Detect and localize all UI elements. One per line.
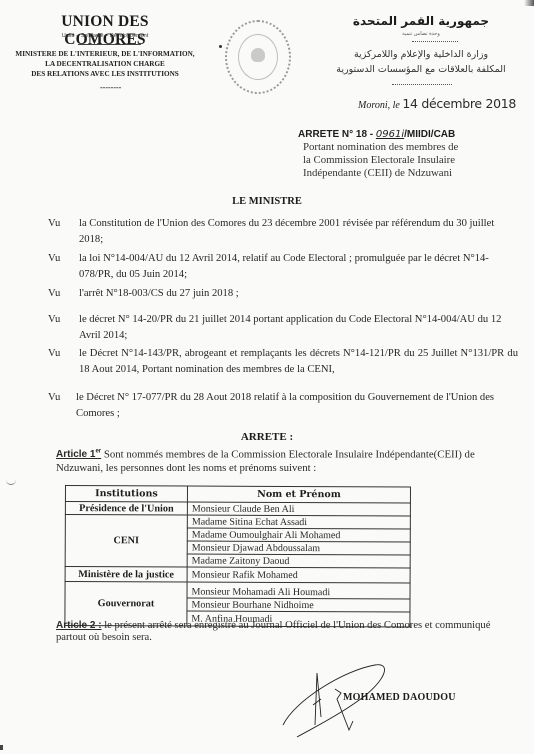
vu-label: Vu xyxy=(48,390,76,421)
ministry-line-arabic: وزارة الداخلية والإعلام واللامركزية xyxy=(326,47,516,62)
place-label: Moroni, le xyxy=(358,100,400,111)
consideration-text: le Décret N°14-143/PR, abrogeant et remp… xyxy=(79,346,518,377)
consideration-item: Vu l'arrêt N°18-003/CS du 27 juin 2018 ; xyxy=(48,286,518,302)
consideration-text: le décret N° 14-20/PR du 21 juillet 2014… xyxy=(79,312,518,343)
member-name-cell: Monsieur Claude Ben Ali xyxy=(187,502,410,516)
country-motto-arabic: وحدة تضامن تنمية xyxy=(326,31,516,37)
decree-page: UNION DES COMORES Unité – Solidarité – D… xyxy=(0,0,534,754)
article-1-text: Sont nommés membres de la Commission Ele… xyxy=(56,448,475,474)
scan-shadow xyxy=(524,0,534,6)
ministry-line: LA DECENTRALISATION CHARGE xyxy=(10,59,200,69)
member-name-cell: Madame Sitina Echat Assadi xyxy=(187,515,410,529)
vu-label: Vu xyxy=(48,312,79,343)
member-name-cell: Monsieur Mohamadi Ali Houmadi xyxy=(187,582,410,599)
le-ministre-heading: LE MINISTRE xyxy=(0,196,534,207)
header-divider-arabic-2 xyxy=(392,84,452,85)
country-name-arabic: جمهورية القمر المتحدة xyxy=(326,14,516,28)
table-row: Gouvernorat Monsieur Mohamadi Ali Houmad… xyxy=(65,582,410,600)
table-header-row: Institutions Nom et Prénom xyxy=(65,486,410,504)
institution-cell: CENI xyxy=(65,515,187,568)
table-row: CENI Madame Sitina Echat Assadi xyxy=(65,515,410,530)
handwritten-date: 14 décembre 2018 xyxy=(402,96,516,111)
place-date: Moroni, le 14 décembre 2018 xyxy=(358,96,516,111)
member-name-cell: Monsieur Rafik Mohamed xyxy=(187,567,410,583)
consideration-item: Vu la Constitution de l'Union des Comore… xyxy=(48,216,518,247)
article-2: Article 2 : le présent arrêté sera enreg… xyxy=(56,620,496,643)
object-line: Indépendante (CEII) de Ndzuwani xyxy=(303,167,458,180)
institution-cell: Ministère de la justice xyxy=(65,567,187,583)
decree-number: ARRETE N° 18 - 0961i/MIIDI/CAB xyxy=(298,129,455,140)
decree-number-suffix: /MIIDI/CAB xyxy=(404,129,455,140)
object-line: Portant nomination des membres de xyxy=(303,141,458,154)
consideration-text: l'arrêt N°18-003/CS du 27 juin 2018 ; xyxy=(79,286,518,302)
vu-label: Vu xyxy=(48,346,79,377)
seal-mark xyxy=(219,45,222,48)
ministry-name: MINISTERE DE L'INTERIEUR, DE L'INFORMATI… xyxy=(10,49,200,79)
ministry-line: MINISTERE DE L'INTERIEUR, DE L'INFORMATI… xyxy=(10,49,200,59)
vu-label: Vu xyxy=(48,251,79,282)
decree-number-handwritten: 0961i xyxy=(376,129,404,140)
member-name-cell: Madame Oumoulghair Ali Mohamed xyxy=(187,528,410,542)
consideration-item: Vu la loi N°14-004/AU du 12 Avril 2014, … xyxy=(48,251,518,282)
consideration-item: Vu le décret N° 14-20/PR du 21 juillet 2… xyxy=(48,312,518,343)
header-divider-arabic xyxy=(412,41,458,42)
member-name-cell: Monsieur Bourhane Nidhoime xyxy=(187,598,410,612)
consideration-text: la loi N°14-004/AU du 12 Avril 2014, rel… xyxy=(79,251,518,282)
vu-label: Vu xyxy=(48,286,79,302)
article-2-text: le présent arrêté sera enregistré au Jou… xyxy=(56,620,490,643)
decree-number-prefix: ARRETE N° 18 - xyxy=(298,129,373,140)
arrete-heading: ARRETE : xyxy=(0,431,534,443)
scan-artifact xyxy=(0,745,3,750)
vu-label: Vu xyxy=(48,216,79,247)
decree-object: Portant nomination des membres de la Com… xyxy=(303,141,458,180)
institution-cell: Présidence de l'Union xyxy=(65,502,187,516)
consideration-text: le Décret N° 17-077/PR du 28 Aout 2018 r… xyxy=(76,390,518,421)
margin-mark xyxy=(6,480,16,485)
article-1: Article 1er Sont nommés membres de la Co… xyxy=(56,446,496,474)
country-motto: Unité – Solidarité – Développement xyxy=(30,33,180,39)
header-divider xyxy=(78,44,141,45)
members-table: Institutions Nom et Prénom Présidence de… xyxy=(64,485,411,628)
column-header-name: Nom et Prénom xyxy=(187,486,410,503)
seal-emblem-icon xyxy=(251,48,265,62)
consideration-text: la Constitution de l'Union des Comores d… xyxy=(79,216,518,247)
consideration-item: Vu le Décret N°14-143/PR, abrogeant et r… xyxy=(48,346,518,377)
member-name-cell: Madame Zaitony Daoud xyxy=(187,554,410,568)
column-header-institutions: Institutions xyxy=(65,486,187,503)
ministry-name-arabic: وزارة الداخلية والإعلام واللامركزية المك… xyxy=(326,47,516,77)
object-line: la Commission Electorale Insulaire xyxy=(303,154,458,167)
member-name-cell: Monsieur Djawad Abdoussalam xyxy=(187,541,410,555)
table-row: Ministère de la justice Monsieur Rafik M… xyxy=(65,567,410,584)
article-1-label: Article 1er xyxy=(56,449,101,460)
header-separator: -------- xyxy=(100,83,121,92)
consideration-item: Vu le Décret N° 17-077/PR du 28 Aout 201… xyxy=(48,390,518,421)
signer-name: MOHAMED DAOUDOU xyxy=(343,692,456,703)
ministry-line: DES RELATIONS AVEC LES INSTITUTIONS xyxy=(10,69,200,79)
article-2-label: Article 2 : xyxy=(56,620,102,631)
ministry-line-arabic: المكلفة بالعلاقات مع المؤسسات الدستورية xyxy=(326,62,516,77)
